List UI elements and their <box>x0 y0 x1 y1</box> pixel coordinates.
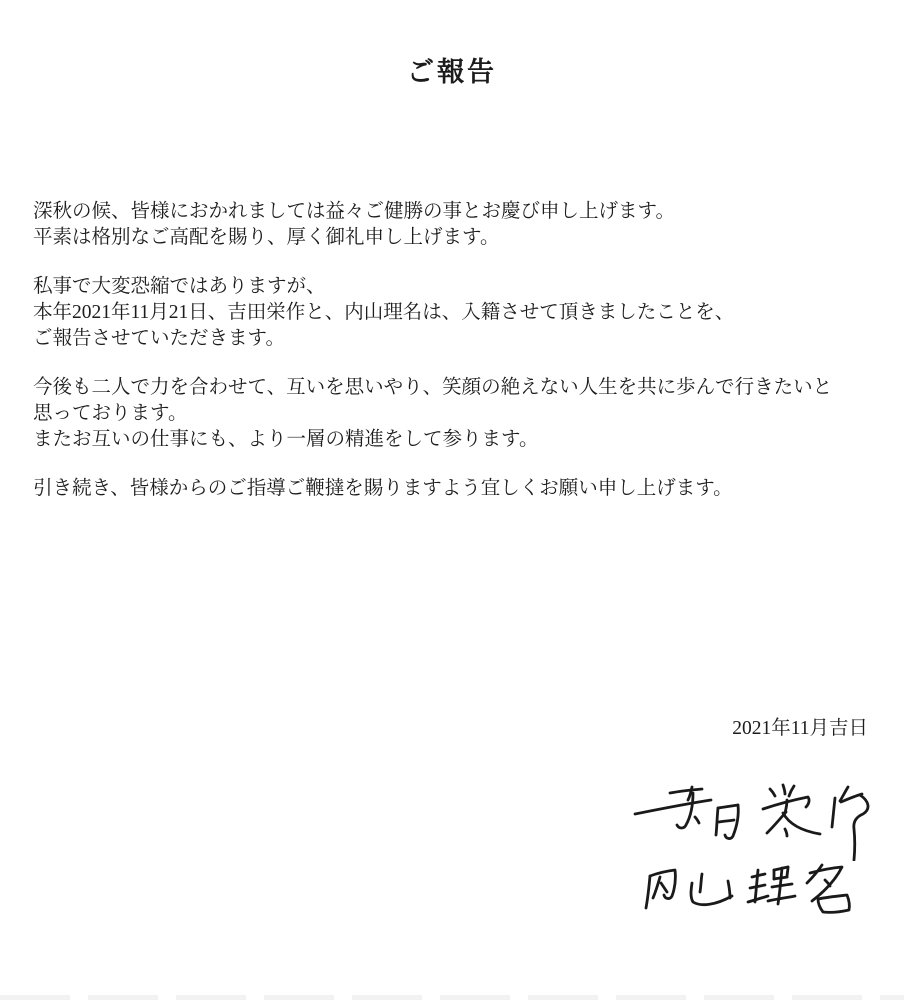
letter-line: 私事で大変恐縮ではありますが、 <box>33 274 878 300</box>
paragraph-announcement: 私事で大変恐縮ではありますが、 本年2021年11月21日、吉田栄作と、内山理名… <box>33 274 878 352</box>
letter-line: ご報告させていただきます。 <box>33 326 878 352</box>
bottom-cutoff-artifact <box>0 995 904 1000</box>
signature-yoshida-eisaku <box>633 779 873 861</box>
letter-line: 思っております。 <box>33 401 878 427</box>
paragraph-greeting: 深秋の候、皆様におかれましては益々ご健勝の事とお慶び申し上げます。 平素は格別な… <box>33 199 878 251</box>
signature-uchiyama-rina-strokes <box>628 858 856 916</box>
letter-line: 本年2021年11月21日、吉田栄作と、内山理名は、入籍させて頂きましたことを、 <box>33 300 878 326</box>
letter-line: 深秋の候、皆様におかれましては益々ご健勝の事とお慶び申し上げます。 <box>33 199 878 225</box>
letter-line: 平素は格別なご高配を賜り、厚く御礼申し上げます。 <box>33 225 878 251</box>
letter-body: 深秋の候、皆様におかれましては益々ご健勝の事とお慶び申し上げます。 平素は格別な… <box>33 199 878 525</box>
paragraph-resolution: 今後も二人で力を合わせて、互いを思いやり、笑顔の絶えない人生を共に歩んで行きたい… <box>33 375 878 453</box>
signature-yoshida-eisaku-strokes <box>633 779 873 861</box>
letter-line: 引き続き、皆様からのご指導ご鞭撻を賜りますよう宜しくお願い申し上げます。 <box>33 476 878 502</box>
signature-uchiyama-rina <box>628 858 856 916</box>
letter-title: ご報告 <box>0 50 904 89</box>
letter-line: またお互いの仕事にも、より一層の精進をして参ります。 <box>33 427 878 453</box>
letter-date: 2021年11月吉日 <box>732 712 868 740</box>
announcement-letter: ご報告 深秋の候、皆様におかれましては益々ご健勝の事とお慶び申し上げます。 平素… <box>0 0 904 1000</box>
paragraph-closing: 引き続き、皆様からのご指導ご鞭撻を賜りますよう宜しくお願い申し上げます。 <box>33 476 878 502</box>
letter-line: 今後も二人で力を合わせて、互いを思いやり、笑顔の絶えない人生を共に歩んで行きたい… <box>33 375 878 401</box>
